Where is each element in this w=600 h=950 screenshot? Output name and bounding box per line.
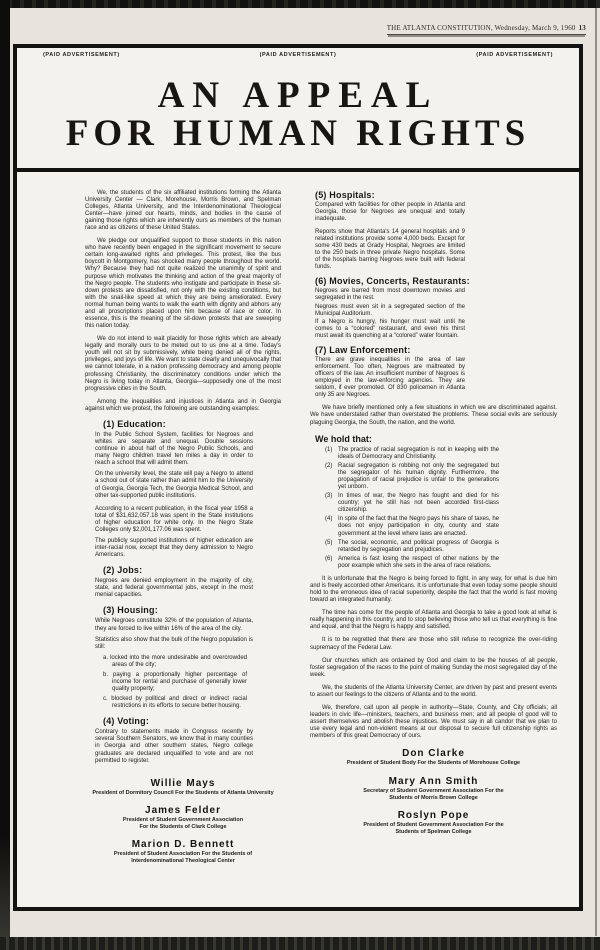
page-number: 13 <box>579 24 586 32</box>
appeal-title-line1: AN APPEAL <box>17 77 579 114</box>
we-hold-item: (1) The practice of racial segregation i… <box>325 447 499 461</box>
right-column: (5) Hospitals: Compared with facilities … <box>310 190 557 874</box>
advertisement-frame: (PAID ADVERTISEMENT) (PAID ADVERTISEMENT… <box>13 44 583 911</box>
section-paragraph: If a Negro is hungry, his hunger must wa… <box>315 319 465 340</box>
signature-name: Roslyn Pope <box>310 810 557 821</box>
closing-paragraph: It is to be regretted that there are tho… <box>310 637 557 651</box>
section-heading-housing: (3) Housing: <box>103 605 281 615</box>
we-hold-item: (2) Racial segregation is robbing not on… <box>325 463 499 491</box>
we-hold-item-text: In spite of the fact that the Negro pays… <box>338 516 499 537</box>
title-divider-rule <box>17 168 579 172</box>
intro-paragraph: Among the inequalities and injustices in… <box>85 399 281 413</box>
section-heading-law-enforcement: (7) Law Enforcement: <box>315 345 557 355</box>
section-paragraph: On the university level, the state will … <box>95 471 253 499</box>
section-heading-movies: (6) Movies, Concerts, Restaurants: <box>315 276 557 286</box>
section-paragraph: Compared with facilities for other peopl… <box>315 202 465 223</box>
we-hold-item-number: (2) <box>325 463 338 491</box>
section-paragraph: Reports show that Atlanta's 14 general h… <box>315 229 465 271</box>
section-heading-voting: (4) Voting: <box>103 716 281 726</box>
paid-advertisement-label-left: (PAID ADVERTISEMENT) <box>43 52 120 58</box>
intro-paragraph: We do not intend to wait placidly for th… <box>85 336 281 393</box>
we-hold-item-number: (3) <box>325 493 338 514</box>
signature-title: Secretary of Student Government Associat… <box>310 788 557 802</box>
we-hold-item: (6) America is fast losing the respect o… <box>325 556 499 570</box>
signature-name: Willie Mays <box>85 778 281 789</box>
we-hold-item-number: (1) <box>325 447 338 461</box>
masthead: THE ATLANTA CONSTITUTION, Wednesday, Mar… <box>387 24 586 35</box>
section-paragraph: Statistics also show that the bulk of th… <box>95 637 253 651</box>
section-heading-jobs: (2) Jobs: <box>103 565 281 575</box>
body-columns: We, the students of the six affiliated i… <box>17 190 579 874</box>
masthead-text: THE ATLANTA CONSTITUTION, Wednesday, Mar… <box>387 24 576 32</box>
newspaper-page: { "page": { "masthead": "THE ATLANTA CON… <box>0 0 600 950</box>
signature-title: President of Student Body For the Studen… <box>310 760 557 767</box>
housing-list-item: b. paying a proportionally higher percen… <box>103 672 247 693</box>
appeal-title-line2: FOR HUMAN RIGHTS <box>17 114 579 155</box>
section-paragraph: Contrary to statements made in Congress … <box>95 729 253 764</box>
section-paragraph: Negroes are denied employment in the maj… <box>95 578 253 599</box>
section-paragraph: Negroes are barred from most downtown mo… <box>315 288 465 302</box>
signature-title: President of Student Government Associat… <box>310 822 557 836</box>
scan-edge-bottom <box>0 937 600 950</box>
left-signatures: Willie Mays President of Dormitory Counc… <box>85 778 281 866</box>
section-heading-education: (1) Education: <box>103 419 281 429</box>
signature: Don Clarke President of Student Body For… <box>310 748 557 767</box>
scan-edge-left <box>0 0 10 950</box>
appeal-title: AN APPEAL FOR HUMAN RIGHTS <box>17 77 579 155</box>
signature: James Felder President of Student Govern… <box>85 805 281 831</box>
closing-paragraph: Our churches which are ordained by God a… <box>310 658 557 679</box>
paid-advertisement-row: (PAID ADVERTISEMENT) (PAID ADVERTISEMENT… <box>17 52 579 64</box>
section-paragraph: According to a recent publication, in th… <box>95 506 253 534</box>
signature: Mary Ann Smith Secretary of Student Gove… <box>310 776 557 802</box>
closing-paragraph: We, the students of the Atlanta Universi… <box>310 685 557 699</box>
signature: Roslyn Pope President of Student Governm… <box>310 810 557 836</box>
left-column: We, the students of the six affiliated i… <box>85 190 281 874</box>
we-hold-item-number: (6) <box>325 556 338 570</box>
section-paragraph: The publicly supported institutions of h… <box>95 538 253 559</box>
signature-name: Don Clarke <box>310 748 557 759</box>
closing-paragraph: We, therefore, call upon all people in a… <box>310 705 557 740</box>
closing-paragraph: It is unfortunate that the Negro is bein… <box>310 576 557 604</box>
section-paragraph: Negroes must even sit in a segregated se… <box>315 304 465 318</box>
housing-list-item: a. locked into the more undesirable and … <box>103 655 247 669</box>
signature-title: President of Dormitory Council For the S… <box>85 790 281 797</box>
signature: Marion D. Bennett President of Student A… <box>85 839 281 865</box>
we-hold-item-text: The practice of racial segregation is no… <box>338 447 499 461</box>
bridge-paragraph: We have briefly mentioned only a few sit… <box>310 405 557 426</box>
we-hold-heading: We hold that: <box>315 434 557 444</box>
signature-name: Mary Ann Smith <box>310 776 557 787</box>
signature-title: President of Student Association For the… <box>85 851 281 865</box>
we-hold-item-text: America is fast losing the respect of ot… <box>338 556 499 570</box>
section-paragraph: While Negroes constitute 32% of the popu… <box>95 618 253 632</box>
housing-list-item: c. blocked by political and direct or in… <box>103 696 247 710</box>
we-hold-item-text: In times of war, the Negro has fought an… <box>338 493 499 514</box>
signature-name: Marion D. Bennett <box>85 839 281 850</box>
signature-name: James Felder <box>85 805 281 816</box>
paid-advertisement-label-center: (PAID ADVERTISEMENT) <box>260 52 337 58</box>
closing-paragraph: The time has come for the people of Atla… <box>310 610 557 631</box>
scan-edge-top <box>0 0 600 8</box>
we-hold-item: (5) The social, economic, and political … <box>325 540 499 554</box>
section-paragraph: There are grave inequalities in the area… <box>315 357 465 399</box>
right-signatures: Don Clarke President of Student Body For… <box>310 748 557 836</box>
signature-title: President of Student Government Associat… <box>85 817 281 831</box>
scan-edge-right <box>595 8 597 936</box>
we-hold-item-number: (4) <box>325 516 338 537</box>
we-hold-item-text: Racial segregation is robbing not only t… <box>338 463 499 491</box>
section-heading-hospitals: (5) Hospitals: <box>315 190 557 200</box>
signature: Willie Mays President of Dormitory Counc… <box>85 778 281 797</box>
section-paragraph: In the Public School System, facilities … <box>95 432 253 467</box>
we-hold-item: (3) In times of war, the Negro has fough… <box>325 493 499 514</box>
intro-paragraph: We pledge our unqualified support to tho… <box>85 238 281 330</box>
we-hold-item-number: (5) <box>325 540 338 554</box>
intro-paragraph: We, the students of the six affiliated i… <box>85 190 281 232</box>
we-hold-item: (4) In spite of the fact that the Negro … <box>325 516 499 537</box>
paid-advertisement-label-right: (PAID ADVERTISEMENT) <box>476 52 553 58</box>
we-hold-item-text: The social, economic, and political prog… <box>338 540 499 554</box>
